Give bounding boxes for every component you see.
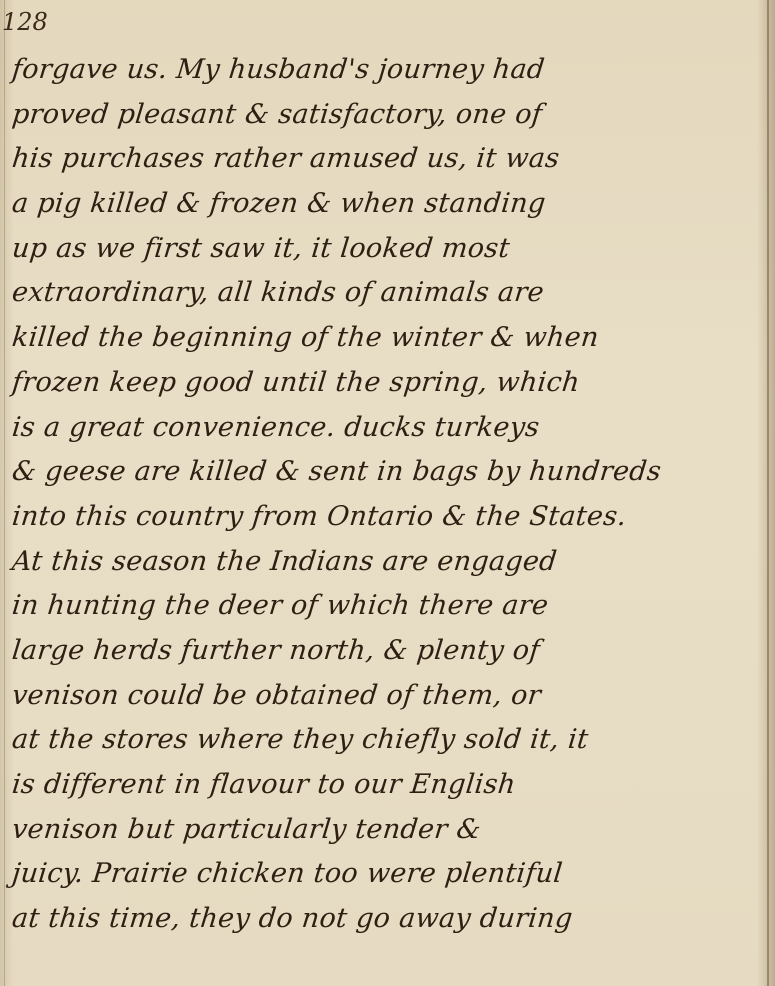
page-left-edge (4, 0, 5, 986)
text-line: venison but particularly tender & (10, 808, 755, 853)
text-line: & geese are killed & sent in bags by hun… (10, 450, 755, 495)
text-line: at the stores where they chiefly sold it… (10, 718, 755, 763)
text-line: At this season the Indians are engaged (10, 540, 755, 585)
text-line: is different in flavour to our English (10, 763, 755, 808)
text-line: killed the beginning of the winter & whe… (10, 316, 755, 361)
text-line: frozen keep good until the spring, which (10, 361, 755, 406)
text-line: in hunting the deer of which there are (10, 584, 755, 629)
handwritten-text-block: forgave us. My husband's journey had pro… (12, 48, 752, 942)
text-line: proved pleasant & satisfactory, one of (10, 93, 755, 138)
text-line: extraordinary, all kinds of animals are (10, 271, 755, 316)
text-line: his purchases rather amused us, it was (10, 137, 755, 182)
text-line: forgave us. My husband's journey had (10, 48, 755, 93)
page-right-edge (767, 0, 769, 986)
page-number: 128 (2, 8, 48, 36)
text-line: large herds further north, & plenty of (10, 629, 755, 674)
text-line: juicy. Prairie chicken too were plentifu… (10, 852, 755, 897)
text-line: is a great convenience. ducks turkeys (10, 406, 755, 451)
text-line: a pig killed & frozen & when standing (10, 182, 755, 227)
text-line: into this country from Ontario & the Sta… (10, 495, 755, 540)
manuscript-page: 128 forgave us. My husband's journey had… (0, 0, 775, 986)
text-line: up as we first saw it, it looked most (10, 227, 755, 272)
text-line: at this time, they do not go away during (10, 897, 755, 942)
text-line: venison could be obtained of them, or (10, 674, 755, 719)
